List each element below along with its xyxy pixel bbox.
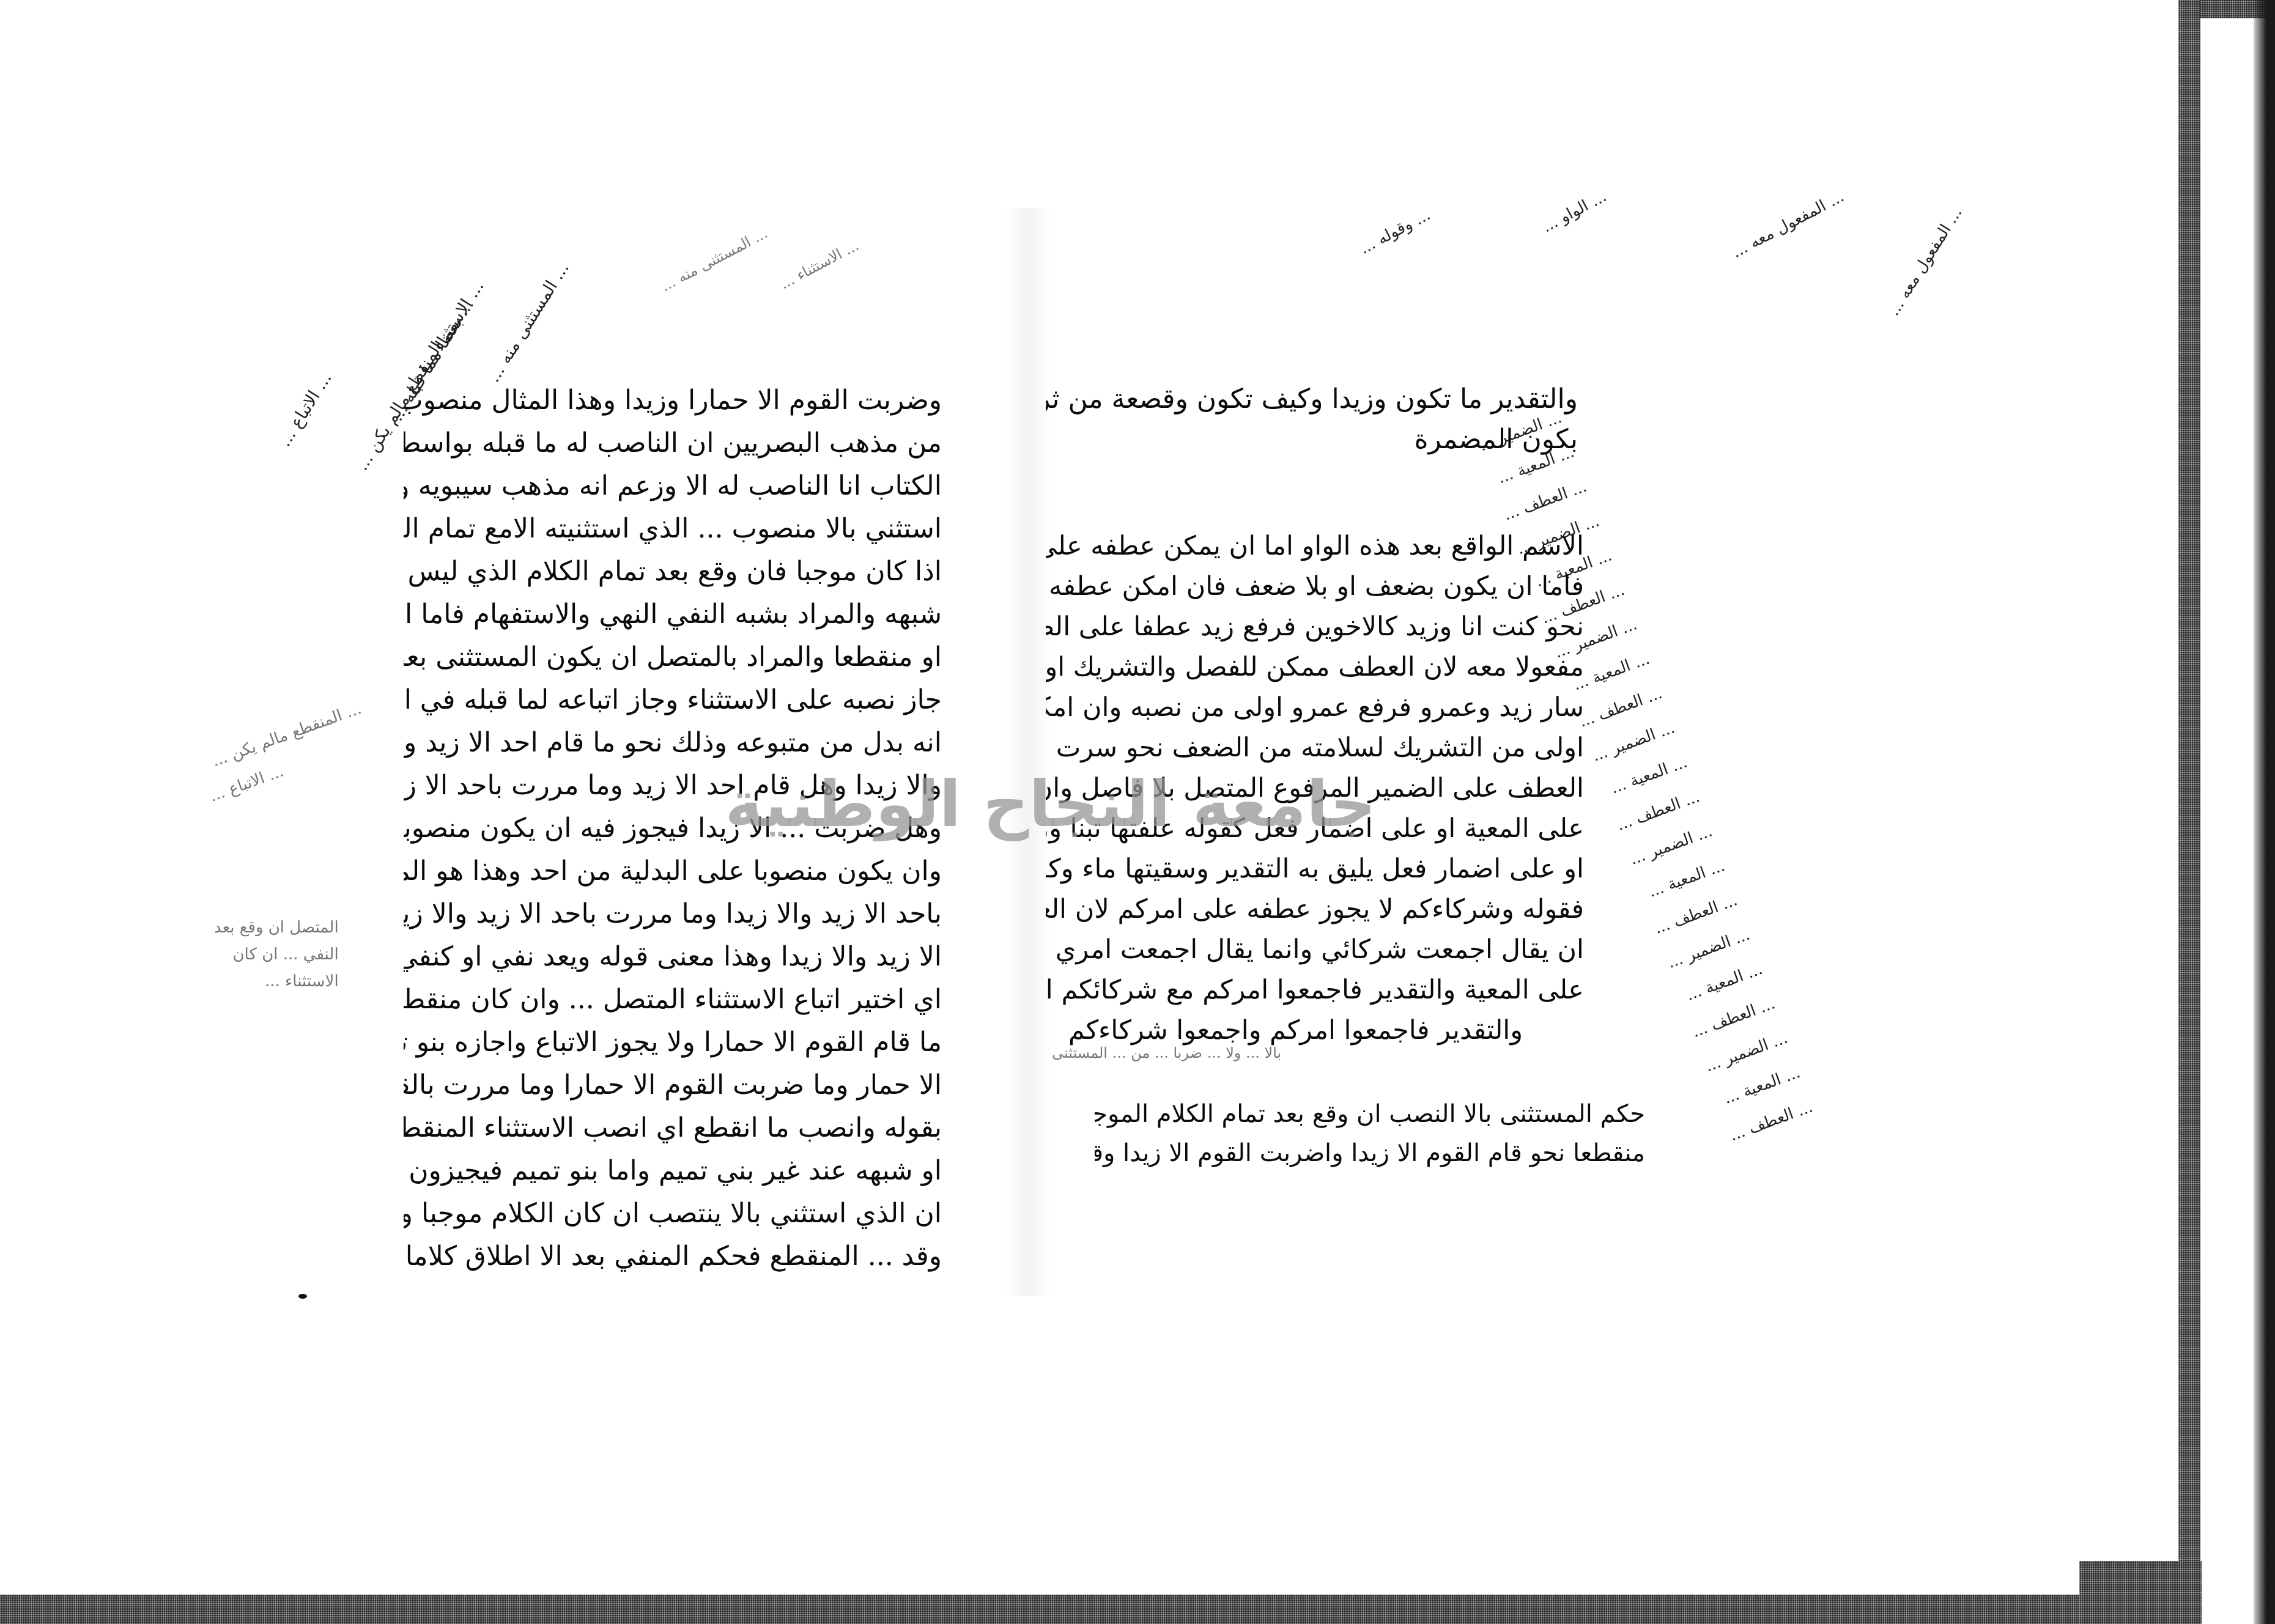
text-line: باحد الا زيد والا زيدا وما مررت باحد الا… [404,893,942,936]
right-page-margin-note-top-right: ... المفعول معه ... [1881,202,1969,321]
text-line: حكم المستثنى بالا النصب ان وقع بعد تمام … [1095,1094,1645,1134]
text-line: نحو كنت انا وزيد كالاخوين فرفع زيد عطفا … [1046,607,1584,647]
page-gutter [1003,208,1052,1296]
text-line: او منقطعا والمراد بالمتصل ان يكون المستث… [404,636,942,679]
text-line: انه بدل من متبوعه وذلك نحو ما قام احد ال… [404,722,942,764]
text-line: والتقدير ما تكون وزيدا وكيف تكون وقصعة م… [1046,379,1578,419]
text-line: فقوله وشركاءكم لا يجوز عطفه على امركم لا… [1046,889,1584,929]
right-page-main-text: الاسم الواقع بعد هذه الواو اما ان يمكن ع… [1046,526,1584,1050]
left-page-margin-note: ... الاتباع ... [272,367,339,452]
right-page-closing-text: حكم المستثنى بالا النصب ان وقع بعد تمام … [1095,1094,1645,1173]
text-line: وان يكون منصوبا على البدلية من احد وهذا … [404,850,942,893]
text-line: على المعية او على اضمار فعل كقوله علفتها… [1046,808,1584,849]
right-page-lower-margin-note: بالا ... ولا ... ضربا ... من ... المستثن… [1052,1039,1281,1066]
left-page-margin-note: ... المستثنى منه ... [481,257,576,388]
text-line: بقوله وانصب ما انقطع اي انصب الاستثناء ا… [404,1107,942,1150]
text-line: جاز نصبه على الاستثناء وجاز اتباعه لما ق… [404,679,942,722]
right-page-margin-note-top: ... الواو ... [1537,183,1611,240]
text-line: الا زيد والا زيدا وهذا معنى قوله ويعد نف… [404,936,942,978]
text-line: ما قام القوم الا حمارا ولا يجوز الاتباع … [404,1021,942,1064]
text-line: منقطعا نحو قام القوم الا زيدا واضربت الق… [1095,1134,1645,1173]
left-page-lower-margin-note: المتصل ان وقع بعد النفي ... ان كان الاست… [214,914,339,995]
scan-right-edge [2254,0,2275,1624]
text-line: اولى من التشريك لسلامته من الضعف نحو سرت… [1046,728,1584,768]
left-page-margin-note-top: ... المستثنى منه ... [656,220,773,299]
text-line: على المعية والتقدير فاجمعوا امركم مع شرك… [1046,970,1584,1010]
left-page-margin-note-top: ... الاستثناء ... [775,232,864,297]
text-line: العطف على الضمير المرفوع المتصل بلا فاصل… [1046,768,1584,808]
left-page-margin-note-side: ... المنقطع مالم يكن ... [208,695,365,774]
text-line: سار زيد وعمرو فرفع عمرو اولى من نصبه وان… [1046,687,1584,728]
text-line: ان يقال اجمعت شركائي وانما يقال اجمعت ام… [1046,929,1584,970]
text-line: فاما ان يكون بضعف او بلا ضعف فان امكن عط… [1046,566,1584,607]
text-line: ان الذي استثني بالا ينتصب ان كان الكلام … [404,1192,942,1235]
text-line: الاسم الواقع بعد هذه الواو اما ان يمكن ع… [1046,526,1584,566]
text-line: وهل ضربت ... الا زيدا فيجوز فيه ان يكون … [404,807,942,850]
text-line: بكون المضمرة [1046,419,1578,460]
text-line: شبهه والمراد بشبه النفي النهي والاستفهام… [404,593,942,636]
text-line: اذا كان موجبا فان وقع بعد تمام الكلام ال… [404,550,942,593]
scan-bottom-right-band [2079,1561,2202,1624]
text-line: استثني بالا منصوب ... الذي استثنيته الام… [404,508,942,550]
right-page-margin-note-top: ... وقوله ... [1355,202,1435,262]
text-line: او شبهه عند غير بني تميم واما بنو تميم ف… [404,1150,942,1192]
text-line: الكتاب انا الناصب له الا وزعم انه مذهب س… [404,465,942,508]
text-line: والا زيدا وهل قام احد الا زيد وما مررت ب… [404,764,942,807]
ink-speck [298,1294,307,1299]
scan-bottom-band [0,1595,2178,1624]
text-line: اي اختير اتباع الاستثناء المتصل ... وان … [404,978,942,1021]
text-line: وقد ... المنقطع فحكم المنفي بعد الا اطلا… [404,1235,942,1278]
text-line: مفعولا معه لان العطف ممكن للفصل والتشريك… [1046,647,1584,687]
right-page-top-text: والتقدير ما تكون وزيدا وكيف تكون وقصعة م… [1046,379,1578,460]
text-line: وضربت القوم الا حمارا وزيدا وهذا المثال … [404,379,942,422]
right-page-margin-note-top: ... المفعول معه ... [1727,183,1849,265]
left-page-main-text: وضربت القوم الا حمارا وزيدا وهذا المثال … [404,379,942,1278]
text-line: من مذهب البصريين ان الناصب له ما قبله بو… [404,422,942,465]
scan-right-binding-band [2178,0,2200,1624]
text-line: الا حمار وما ضربت القوم الا حمارا وما مر… [404,1064,942,1107]
text-line: او على اضمار فعل يليق به التقدير وسقيتها… [1046,849,1584,889]
